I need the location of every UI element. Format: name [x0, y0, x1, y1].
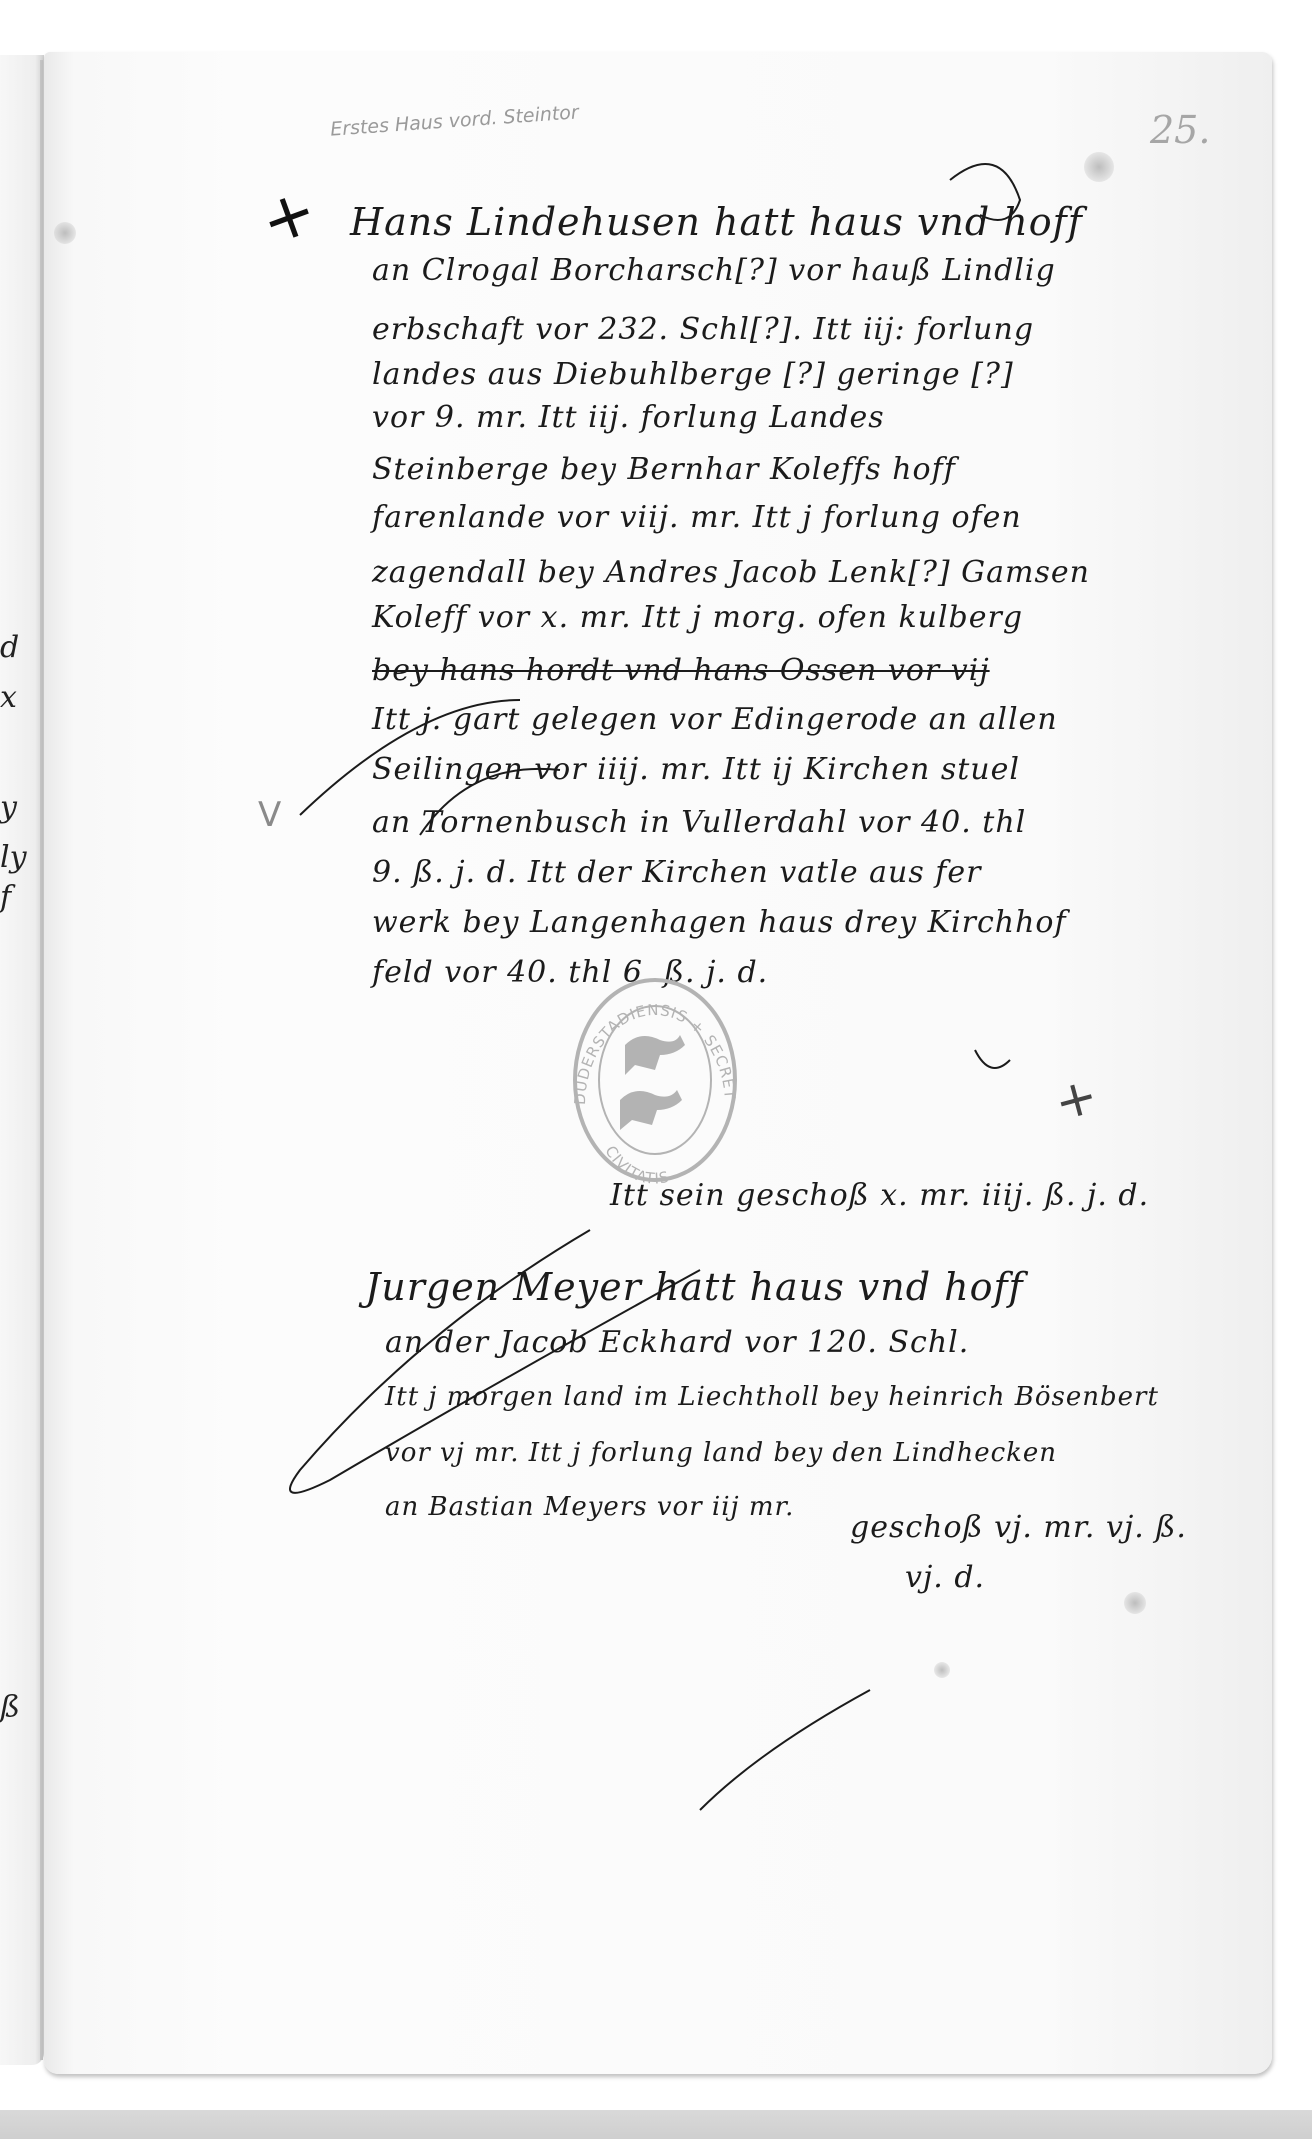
entry-line: an Tornenbusch in Vullerdahl vor 40. thl	[372, 805, 1026, 840]
struck-entry-line: bey hans hordt vnd hans Ossen vor vij	[372, 653, 990, 688]
entry-line: Itt j morgen land im Liechtholl bey hein…	[385, 1382, 1159, 1412]
entry-line: Koleff vor x. mr. Itt j morg. ofen kulbe…	[372, 600, 1023, 635]
ink-blot	[54, 222, 76, 244]
entry-line: werk bey Langenhagen haus drey Kirchhof	[372, 905, 1067, 940]
sum-line: vj. d.	[905, 1560, 985, 1595]
check-mark-icon: V	[258, 795, 281, 835]
entry-heading: Hans Lindehusen hatt haus vnd hoff	[350, 200, 1083, 244]
entry-line: erbschaft vor 232. Schl[?]. Itt iij: for…	[372, 312, 1034, 347]
sum-line: geschoß vj. mr. vj. ß.	[850, 1510, 1187, 1545]
left-page-fragment: ß	[0, 1690, 20, 1725]
scanner-bed-strip	[0, 2110, 1312, 2139]
entry-line: Itt j. gart gelegen vor Edingerode an al…	[372, 702, 1058, 737]
entry-line: an der Jacob Eckhard vor 120. Schl.	[385, 1325, 969, 1360]
entry-line: vor vj mr. Itt j forlung land bey den Li…	[385, 1438, 1057, 1468]
left-page-fragment: y	[0, 790, 17, 825]
left-page-fragment: x	[0, 680, 17, 715]
entry-line: vor 9. mr. Itt iij. forlung Landes	[372, 400, 885, 435]
city-seal-stamp: DUDERSTADIENSIS + SECRETUM CIVITATIS	[570, 975, 740, 1185]
entry-line: 9. ß. j. d. Itt der Kirchen vatle aus fe…	[372, 855, 981, 890]
ink-blot	[1084, 152, 1114, 182]
left-page-fragment: d	[0, 630, 19, 665]
left-page-fragment: ly	[0, 840, 27, 875]
entry-line: an Bastian Meyers vor iij mr.	[385, 1492, 794, 1522]
folio-number: 25.	[1150, 108, 1210, 152]
left-page-fragment: f	[0, 880, 11, 915]
entry-line: zagendall bey Andres Jacob Lenk[?] Gamse…	[372, 555, 1090, 590]
binding-gutter	[40, 60, 43, 2060]
entry-line: landes aus Diebuhlberge [?] geringe [?]	[372, 357, 1014, 392]
sum-line: Itt sein geschoß x. mr. iiij. ß. j. d.	[610, 1178, 1149, 1213]
entry-line: farenlande vor viij. mr. Itt j forlung o…	[372, 500, 1022, 535]
entry-heading: Jurgen Meyer hatt haus vnd hoff	[365, 1265, 1024, 1309]
entry-line: an Clrogal Borcharsch[?] vor hauß Lindli…	[372, 253, 1056, 288]
entry-line: Steinberge bey Bernhar Koleffs hoff	[372, 452, 956, 487]
entry-line: Seilingen vor iiij. mr. Itt ij Kirchen s…	[372, 752, 1020, 787]
ink-blot	[1124, 1592, 1146, 1614]
ink-blot	[934, 1662, 950, 1678]
left-page-edge	[0, 55, 44, 2065]
